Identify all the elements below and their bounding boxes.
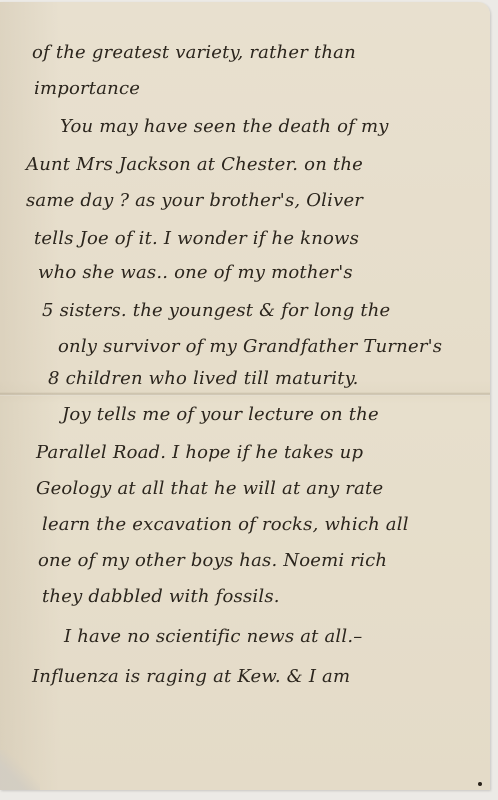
text-line: I have no scientific news at all.–	[64, 626, 362, 647]
text-line: Parallel Road. I hope if he takes up	[36, 442, 363, 463]
text-line: You may have seen the death of my	[60, 116, 389, 137]
text-line: Influenza is raging at Kew. & I am	[32, 666, 350, 687]
text-line: 8 children who lived till maturity.	[48, 368, 359, 389]
text-line: only survivor of my Grandfather Turner's	[58, 336, 442, 357]
text-line: they dabbled with fossils.	[42, 586, 280, 607]
text-line: Geology at all that he will at any rate	[36, 478, 383, 499]
text-line: Aunt Mrs Jackson at Chester. on the	[26, 154, 363, 175]
text-line: learn the excavation of rocks, which all	[42, 514, 409, 535]
text-line: same day ? as your brother's, Oliver	[26, 190, 363, 211]
handwritten-text: of the greatest variety, rather than imp…	[0, 2, 490, 790]
text-line: 5 sisters. the youngest & for long the	[42, 300, 390, 321]
text-line: Joy tells me of your lecture on the	[62, 404, 379, 425]
text-line: one of my other boys has. Noemi rich	[38, 550, 387, 571]
text-line: who she was.. one of my mother's	[38, 262, 353, 283]
text-line: importance	[34, 78, 140, 99]
text-line: tells Joe of it. I wonder if he knows	[34, 228, 359, 249]
letter-page: of the greatest variety, rather than imp…	[0, 2, 490, 790]
text-line: of the greatest variety, rather than	[32, 42, 356, 63]
